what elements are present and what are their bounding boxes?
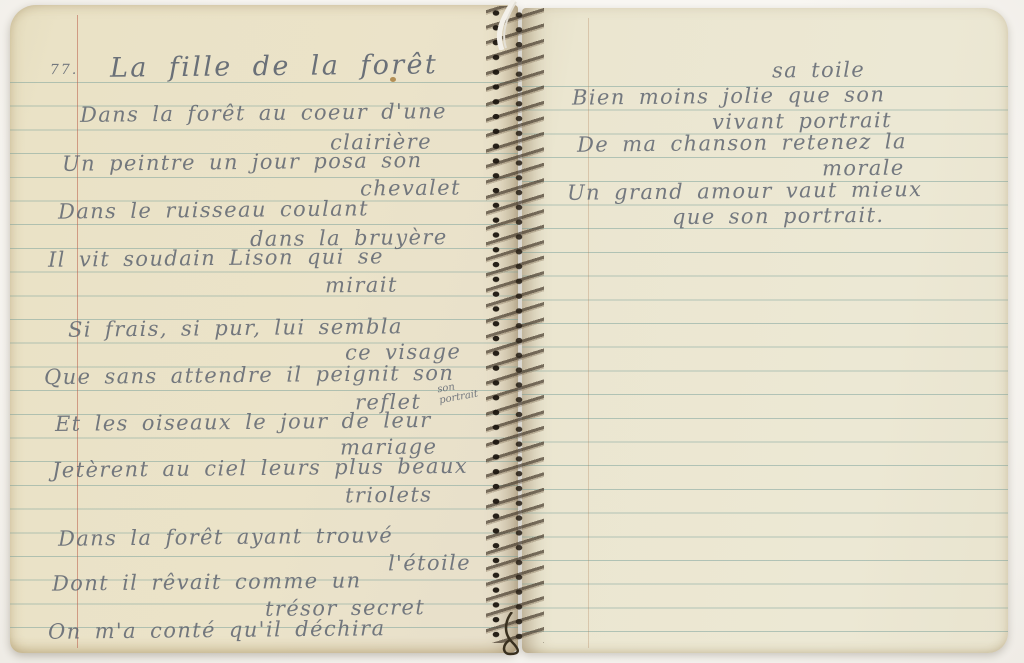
poem-title: La fille de la forêt — [110, 51, 438, 81]
handwritten-line: Un grand amour vaut mieux — [567, 179, 923, 204]
right-page: sa toile Bien moins jolie que son vivant… — [522, 8, 1008, 653]
left-page: 77. La fille de la forêt Dans la forêt a… — [10, 5, 518, 653]
handwritten-line: On m'a conté qu'il déchira — [48, 618, 386, 643]
handwritten-line: Que sans attendre il peignit son — [44, 363, 454, 388]
ruled-lines-right — [522, 86, 1008, 650]
handwritten-line: sa toile — [772, 60, 865, 82]
handwritten-line: l'étoile — [388, 553, 471, 575]
handwritten-line: De ma chanson retenez la — [577, 131, 907, 155]
spiral-binding-coil — [486, 6, 544, 643]
handwritten-line: Si frais, si pur, lui sembla — [68, 316, 403, 341]
handwritten-line: mirait — [325, 275, 398, 297]
handwritten-line: Dans le ruisseau coulant — [58, 198, 369, 222]
handwritten-line: Dans la forêt au coeur d'une — [80, 101, 447, 126]
handwritten-line: Bien moins jolie que son — [572, 84, 886, 108]
handwritten-line: Dans la forêt ayant trouvé — [58, 525, 393, 550]
handwritten-line: morale — [822, 158, 905, 180]
handwritten-line: chevalet — [360, 177, 461, 199]
margin-line-right — [588, 18, 589, 648]
spiral-end-wire — [500, 612, 526, 656]
handwritten-line: Et les oiseaux le jour de leur — [55, 410, 432, 435]
binding-string — [482, 0, 528, 50]
page-number: 77. — [50, 63, 78, 77]
handwritten-line: triolets — [345, 485, 433, 507]
handwritten-line: Dont il rêvait comme un — [52, 570, 362, 594]
handwritten-line: que son portrait. — [672, 205, 885, 228]
notebook-photo: 77. La fille de la forêt Dans la forêt a… — [0, 0, 1024, 663]
handwritten-line: Un peintre un jour posa son — [62, 150, 423, 175]
handwritten-line: Il vit soudain Lison qui se — [48, 246, 384, 271]
handwritten-line: Jetèrent au ciel leurs plus beaux — [52, 456, 468, 481]
